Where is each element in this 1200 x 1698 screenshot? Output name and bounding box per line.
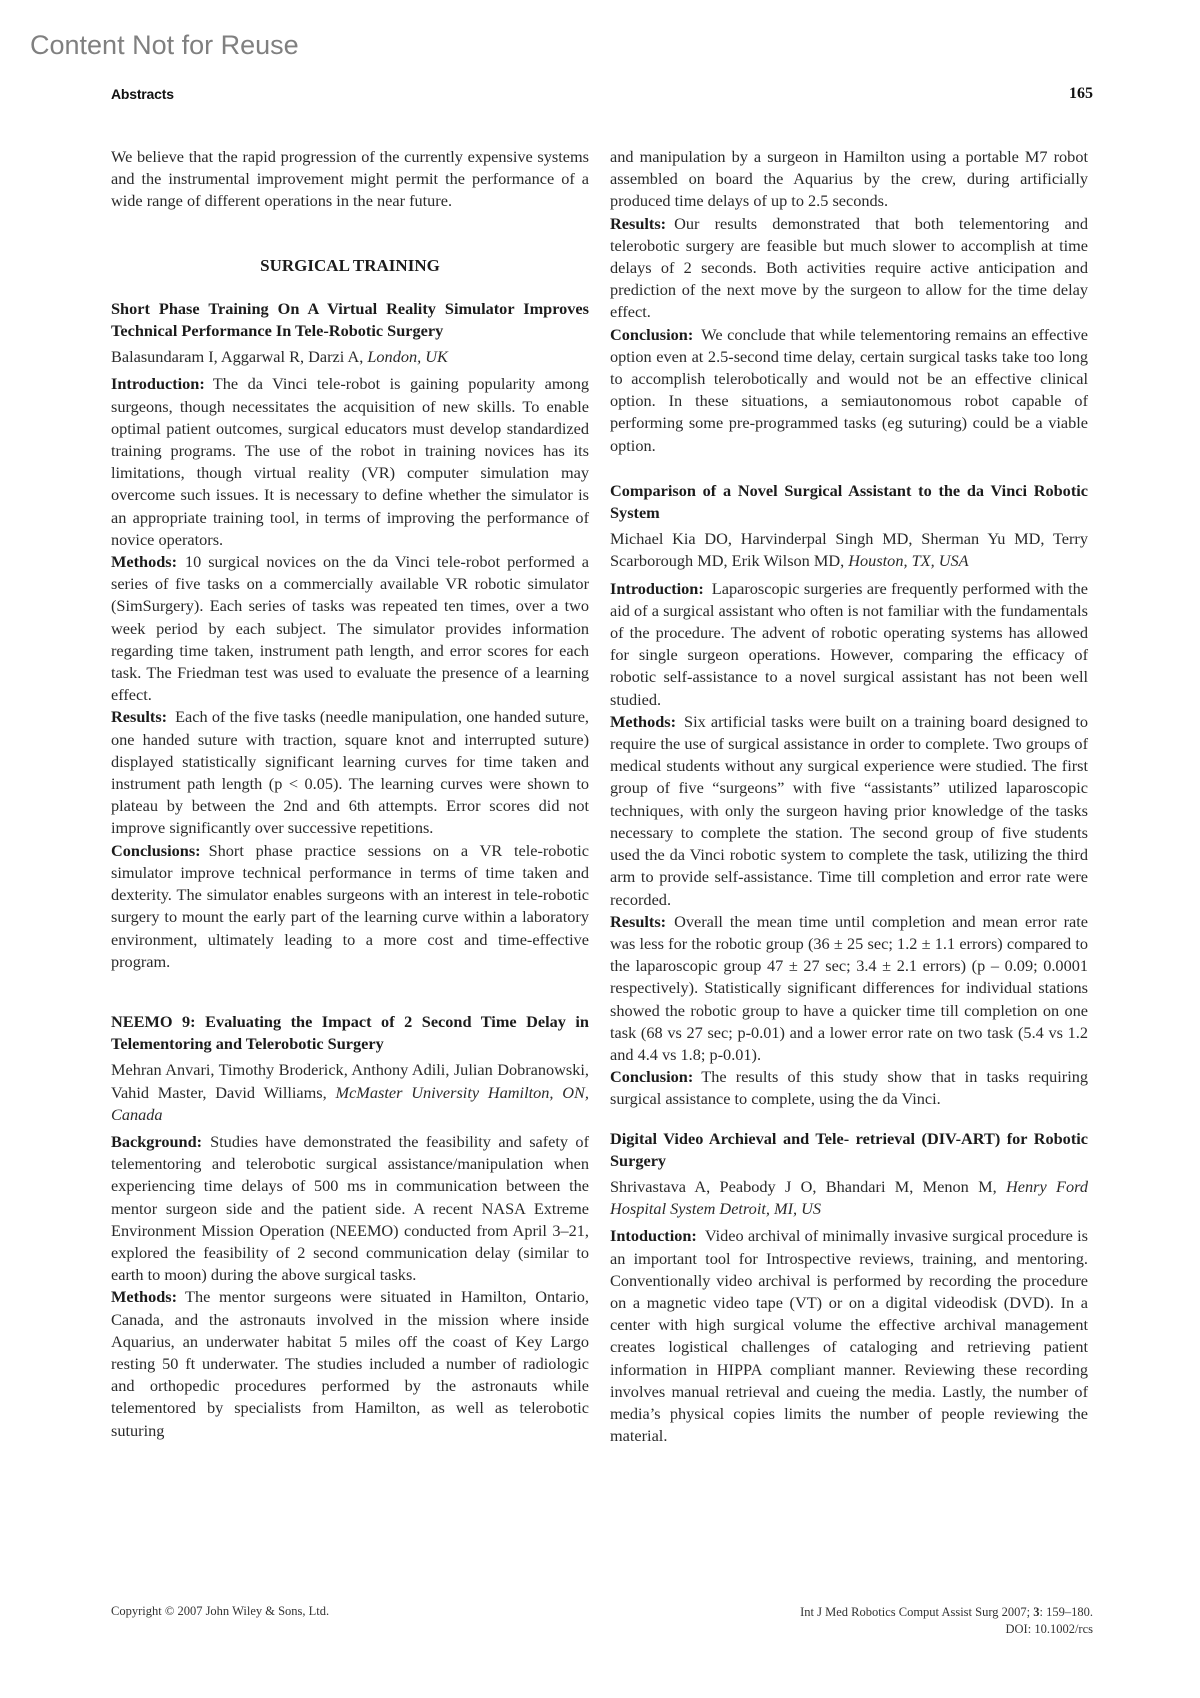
background-text: Studies have demonstrated the feasibilit…	[111, 1132, 589, 1284]
methods-text: Six artificial tasks were built on a tra…	[610, 712, 1088, 909]
abstract-methods: Methods:Six artificial tasks were built …	[610, 711, 1088, 911]
abstract-methods: Methods:The mentor surgeons were situate…	[111, 1286, 589, 1441]
right-column: and manipulation by a surgeon in Hamilto…	[610, 146, 1088, 1447]
abstract-neemo9-continued: and manipulation by a surgeon in Hamilto…	[610, 146, 1088, 457]
running-head: Abstracts	[111, 86, 174, 102]
authors-affiliation: London, UK	[367, 347, 448, 366]
methods-label: Methods:	[111, 1287, 177, 1306]
abstract-authors: Mehran Anvari, Timothy Broderick, Anthon…	[111, 1059, 589, 1126]
abstract-conclusions: Conclusions:Short phase practice session…	[111, 840, 589, 973]
abstract-authors: Shrivastava A, Peabody J O, Bhandari M, …	[610, 1176, 1088, 1220]
abstract-introduction: Intoduction:Video archival of minimally …	[610, 1225, 1088, 1447]
results-label: Results:	[610, 912, 666, 931]
page-number: 165	[1069, 85, 1093, 103]
abstract-background: Background:Studies have demonstrated the…	[111, 1131, 589, 1286]
copyright-notice: Copyright © 2007 John Wiley & Sons, Ltd.	[111, 1604, 329, 1619]
abstract-title: NEEMO 9: Evaluating the Impact of 2 Seco…	[111, 1011, 589, 1055]
abstract-methods: Methods:10 surgical novices on the da Vi…	[111, 551, 589, 706]
abstract-neemo9: NEEMO 9: Evaluating the Impact of 2 Seco…	[111, 1011, 589, 1442]
spacer	[111, 973, 589, 1011]
results-text: Overall the mean time until completion a…	[610, 912, 1088, 1064]
abstract-conclusion: Conclusion:The results of this study sho…	[610, 1066, 1088, 1110]
spacer	[610, 457, 1088, 480]
spacer	[610, 1111, 1088, 1128]
abstract-results: Results:Overall the mean time until comp…	[610, 911, 1088, 1066]
conclusion-label: Conclusion:	[610, 1067, 693, 1086]
authors-names: Shrivastava A, Peabody J O, Bhandari M, …	[610, 1177, 1006, 1196]
introduction-text: Video archival of minimally invasive sur…	[610, 1226, 1088, 1445]
abstract-conclusion: Conclusion:We conclude that while teleme…	[610, 324, 1088, 457]
conclusion-text: We conclude that while telementoring rem…	[610, 325, 1088, 455]
authors-names: Balasundaram I, Aggarwal R, Darzi A,	[111, 347, 367, 366]
introduction-text: The da Vinci tele-robot is gaining popul…	[111, 374, 589, 548]
abstract-title: Comparison of a Novel Surgical Assistant…	[610, 480, 1088, 524]
methods-text: The mentor surgeons were situated in Ham…	[111, 1287, 589, 1439]
background-label: Background:	[111, 1132, 202, 1151]
abstract-introduction: Introduction:The da Vinci tele-robot is …	[111, 373, 589, 551]
intro-paragraph: We believe that the rapid progression of…	[111, 146, 589, 213]
methods-label: Methods:	[111, 552, 177, 571]
citation-line: Int J Med Robotics Comput Assist Surg 20…	[800, 1604, 1093, 1621]
abstract-authors: Balasundaram I, Aggarwal R, Darzi A, Lon…	[111, 346, 589, 368]
abstract-results: Results:Our results demonstrated that bo…	[610, 213, 1088, 324]
abstract-authors: Michael Kia DO, Harvinderpal Singh MD, S…	[610, 528, 1088, 572]
results-label: Results:	[111, 707, 167, 726]
left-column: We believe that the rapid progression of…	[111, 146, 589, 1442]
conclusions-label: Conclusions:	[111, 841, 201, 860]
abstract-novel-assistant: Comparison of a Novel Surgical Assistant…	[610, 480, 1088, 1111]
results-text: Each of the five tasks (needle manipulat…	[111, 707, 589, 837]
methods-text: 10 surgical novices on the da Vinci tele…	[111, 552, 589, 704]
citation-prefix: Int J Med Robotics Comput Assist Surg 20…	[800, 1605, 1033, 1619]
introduction-label: Introduction:	[610, 579, 704, 598]
abstract-title: Digital Video Archieval and Tele- retrie…	[610, 1128, 1088, 1172]
abstract-title: Short Phase Training On A Virtual Realit…	[111, 298, 589, 342]
results-label: Results:	[610, 214, 666, 233]
conclusion-label: Conclusion:	[610, 325, 693, 344]
introduction-label: Introduction:	[111, 374, 205, 393]
authors-affiliation: Houston, TX, USA	[848, 551, 968, 570]
methods-continued: and manipulation by a surgeon in Hamilto…	[610, 146, 1088, 213]
abstract-vr-simulator: Short Phase Training On A Virtual Realit…	[111, 298, 589, 973]
journal-citation: Int J Med Robotics Comput Assist Surg 20…	[800, 1604, 1093, 1638]
methods-label: Methods:	[610, 712, 676, 731]
introduction-text: Laparoscopic surgeries are frequently pe…	[610, 579, 1088, 709]
abstract-introduction: Introduction:Laparoscopic surgeries are …	[610, 578, 1088, 711]
introduction-label: Intoduction:	[610, 1226, 697, 1245]
citation-suffix: : 159–180.	[1040, 1605, 1093, 1619]
results-text: Our results demonstrated that both telem…	[610, 214, 1088, 322]
watermark: Content Not for Reuse	[30, 30, 299, 61]
doi: DOI: 10.1002/rcs	[800, 1621, 1093, 1638]
abstract-div-art: Digital Video Archieval and Tele- retrie…	[610, 1128, 1088, 1448]
abstract-results: Results:Each of the five tasks (needle m…	[111, 706, 589, 839]
section-title: SURGICAL TRAINING	[111, 255, 589, 277]
conclusions-text: Short phase practice sessions on a VR te…	[111, 841, 589, 971]
